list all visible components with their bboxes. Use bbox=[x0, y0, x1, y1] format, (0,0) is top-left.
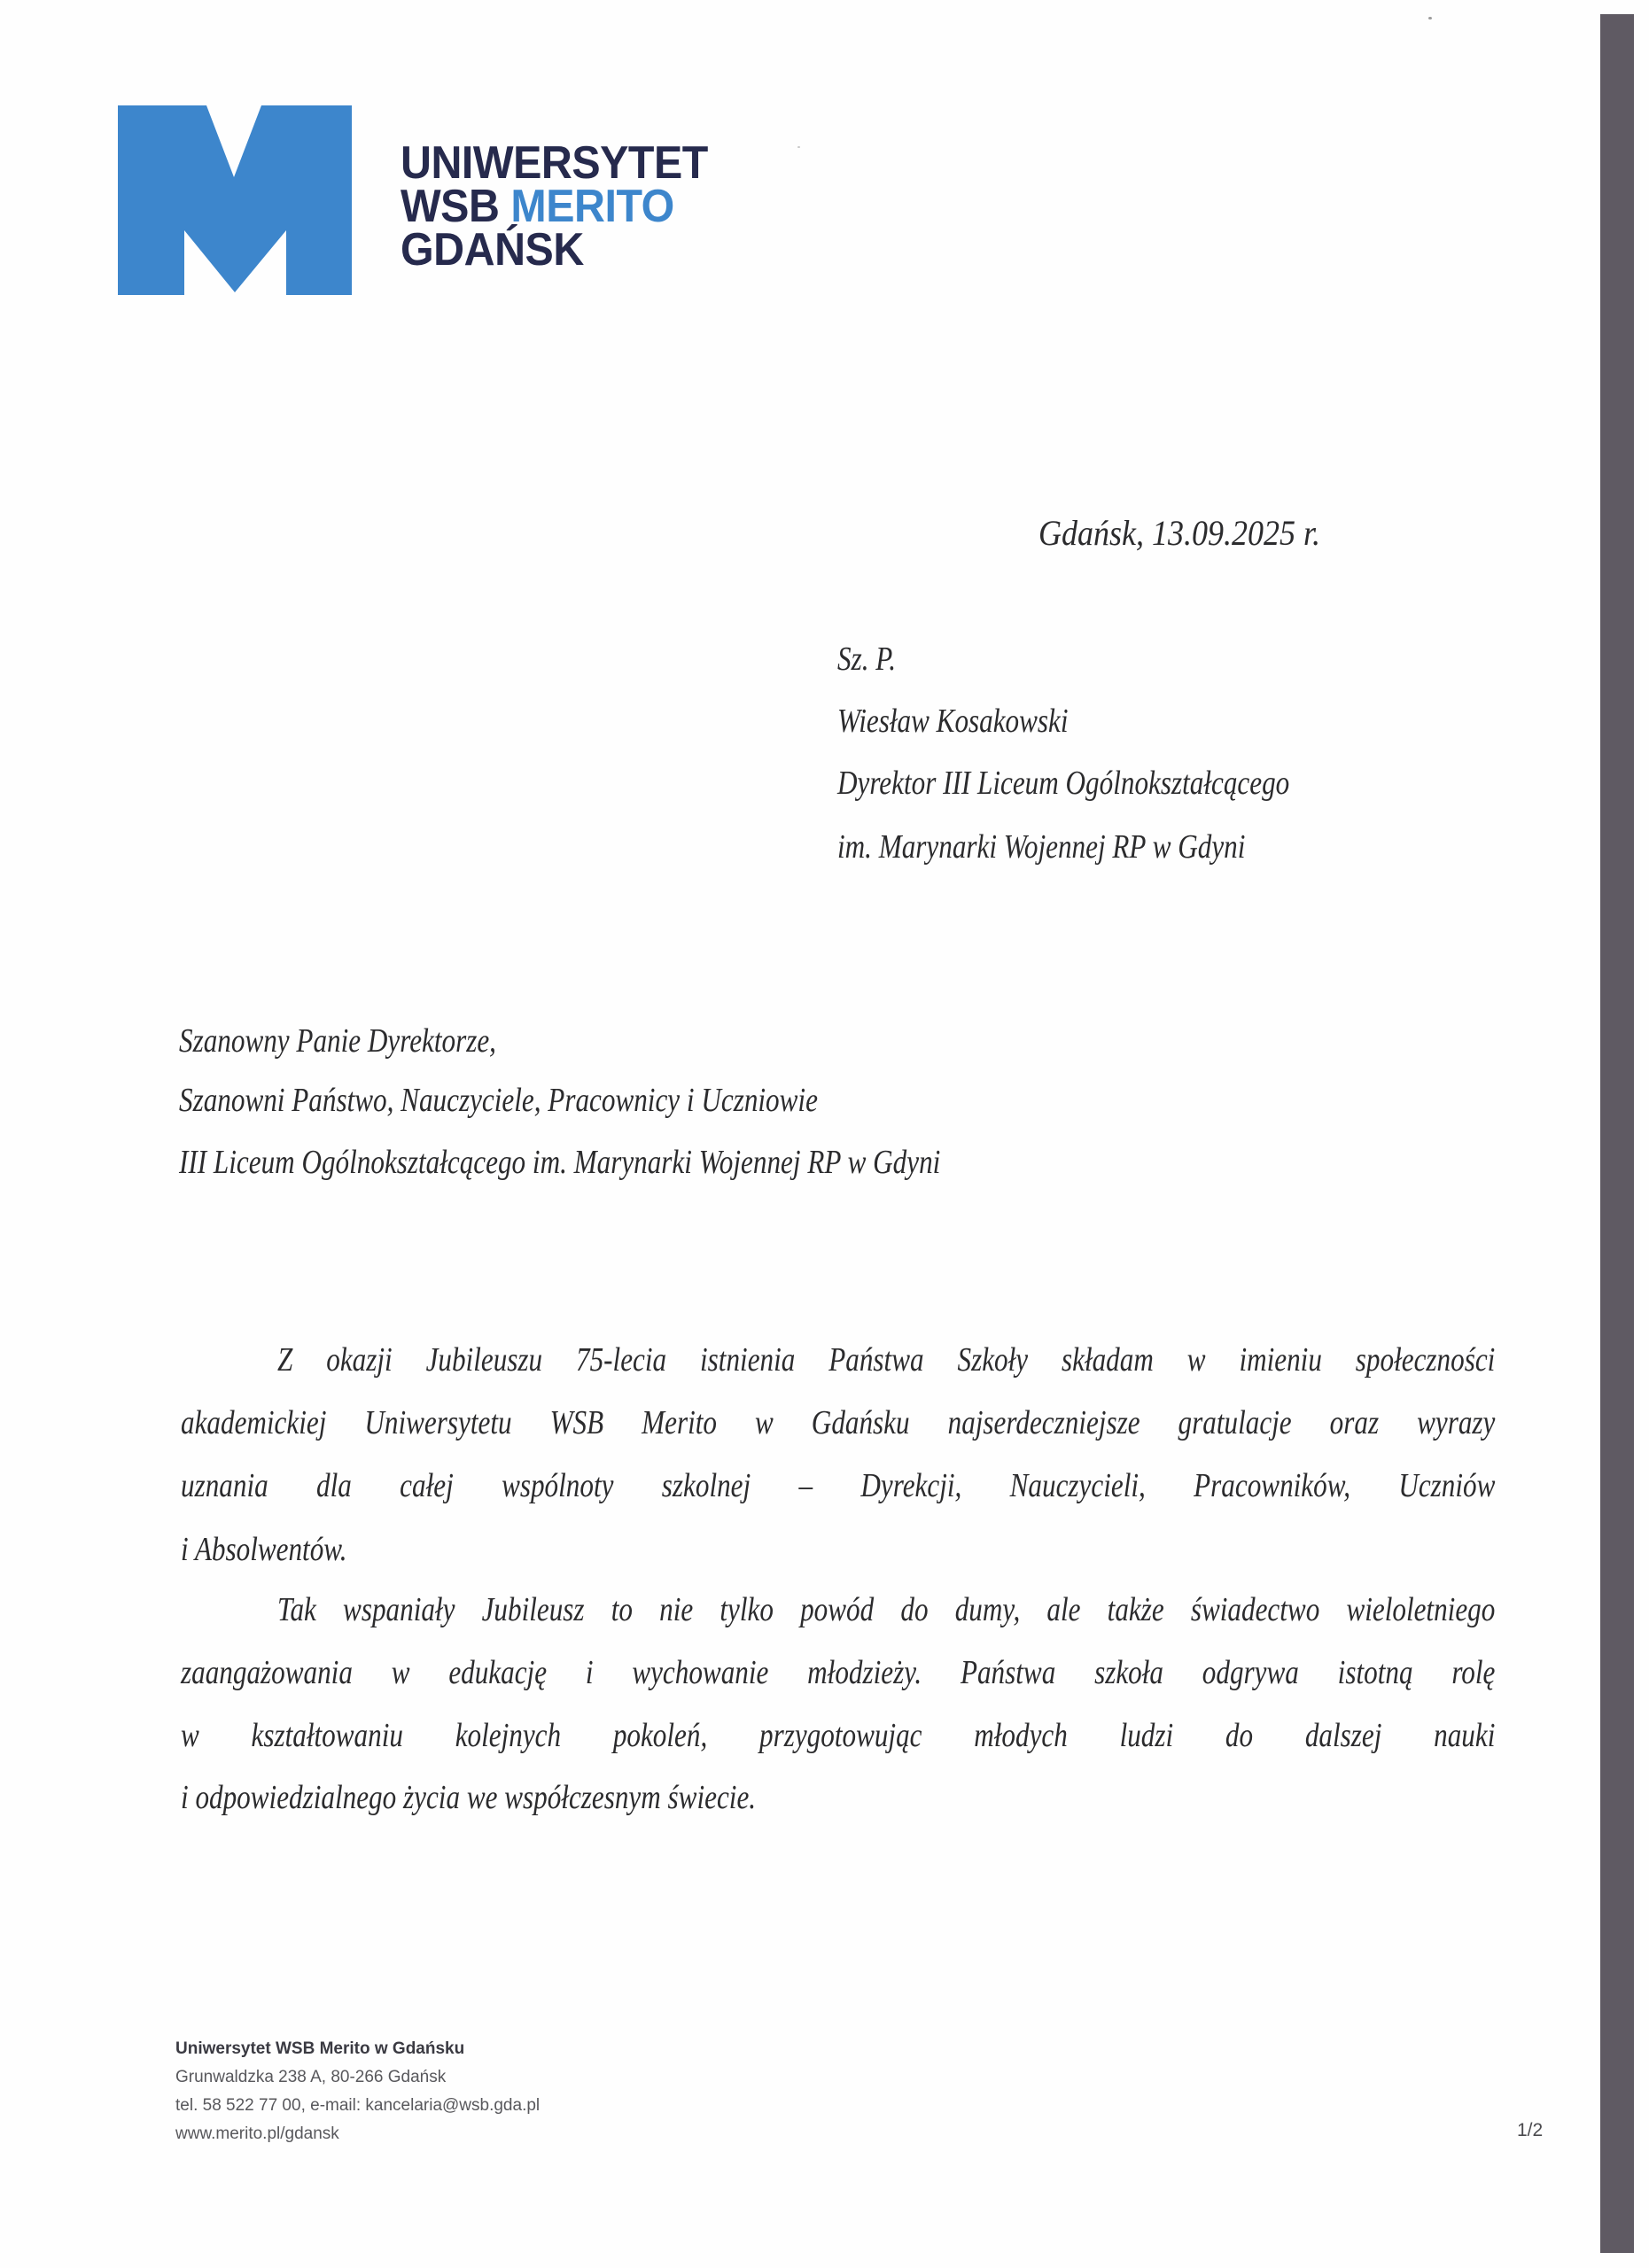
scanner-edge-bar bbox=[1600, 14, 1634, 2253]
recipient-institution: im. Marynarki Wojennej RP w Gdyni bbox=[837, 827, 1245, 866]
salutation-line-1: Szanowny Panie Dyrektorze, bbox=[179, 1021, 496, 1060]
letter-page: UNIWERSYTET WSB MERITO GDAŃSK Gdańsk, 13… bbox=[0, 0, 1649, 2268]
recipient-honorific: Sz. P. bbox=[837, 640, 896, 679]
body-p2-line-3: w kształtowaniu kolejnych pokoleń, przyg… bbox=[181, 1716, 1495, 1755]
wordmark-line-3: GDAŃSK bbox=[401, 229, 708, 272]
body-p1-line-2: akademickiej Uniwersytetu WSB Merito w G… bbox=[181, 1403, 1495, 1442]
salutation-line-3: III Liceum Ogólnokształcącego im. Maryna… bbox=[179, 1143, 940, 1182]
recipient-title: Dyrektor III Liceum Ogólnokształcącego bbox=[837, 764, 1289, 803]
salutation-line-2: Szanowni Państwo, Nauczyciele, Pracownic… bbox=[179, 1081, 818, 1120]
letterhead-footer: Uniwersytet WSB Merito w Gdańsku Grunwal… bbox=[175, 2035, 540, 2148]
wordmark-line-2: WSB MERITO bbox=[401, 185, 708, 229]
university-wordmark: UNIWERSYTET WSB MERITO GDAŃSK bbox=[401, 142, 731, 272]
scan-speck bbox=[1428, 17, 1432, 19]
body-p1-line-4: i Absolwentów. bbox=[181, 1530, 347, 1569]
body-p1-line-1: Z okazji Jubileuszu 75-lecia istnienia P… bbox=[277, 1340, 1495, 1379]
footer-contact: tel. 58 522 77 00, e-mail: kancelaria@ws… bbox=[175, 2092, 540, 2120]
scan-speck bbox=[797, 146, 800, 148]
body-p2-line-2: zaangażowania w edukację i wychowanie mł… bbox=[181, 1653, 1495, 1692]
wordmark-line-1: UNIWERSYTET bbox=[401, 142, 708, 185]
footer-address: Grunwaldzka 238 A, 80-266 Gdańsk bbox=[175, 2063, 540, 2092]
page-number: 1/2 bbox=[1517, 2120, 1543, 2141]
recipient-name: Wiesław Kosakowski bbox=[837, 702, 1069, 741]
footer-website: www.merito.pl/gdansk bbox=[175, 2120, 540, 2148]
letter-date: Gdańsk, 13.09.2025 r. bbox=[1038, 512, 1320, 554]
university-logo-m-icon bbox=[118, 105, 352, 295]
body-p2-line-1: Tak wspaniały Jubileusz to nie tylko pow… bbox=[277, 1590, 1495, 1629]
footer-organization: Uniwersytet WSB Merito w Gdańsku bbox=[175, 2035, 540, 2063]
body-p2-line-4: i odpowiedzialnego życia we współczesnym… bbox=[181, 1778, 756, 1817]
body-p1-line-3: uznania dla całej wspólnoty szkolnej – D… bbox=[181, 1466, 1495, 1505]
